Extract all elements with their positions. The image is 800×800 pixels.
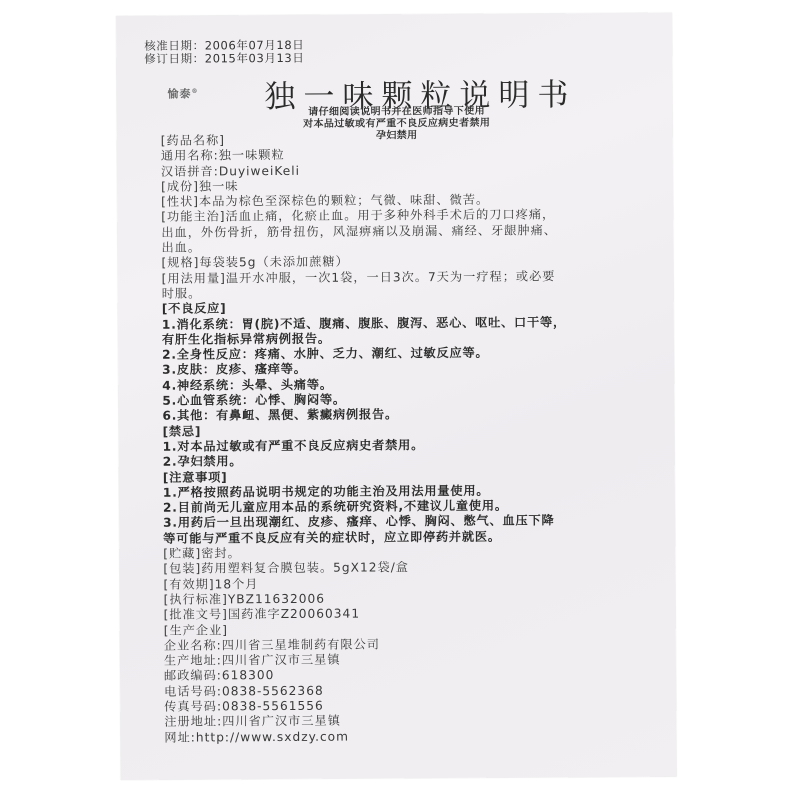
package-insert-paper: 核准日期：2006年07月18日 修订日期：2015年03月13日 愉泰® 独一…	[116, 13, 677, 780]
subtitle-line: 对本品过敏或有严重不良反应病史者禁用	[277, 118, 517, 131]
insert-body: [药品名称] 通用名称:独一味颗粒 汉语拼音:DuyiweiKeli [成份]独…	[161, 131, 665, 746]
brand-name: 愉泰	[167, 88, 191, 101]
registered-mark: ®	[191, 88, 198, 95]
revision-date: 修订日期：2015年03月13日	[144, 52, 304, 66]
dates-block: 核准日期：2006年07月18日 修订日期：2015年03月13日	[144, 39, 304, 66]
website: 网址:http://www.sxdzy.com	[164, 727, 664, 745]
brand-logo: 愉泰®	[167, 85, 198, 101]
